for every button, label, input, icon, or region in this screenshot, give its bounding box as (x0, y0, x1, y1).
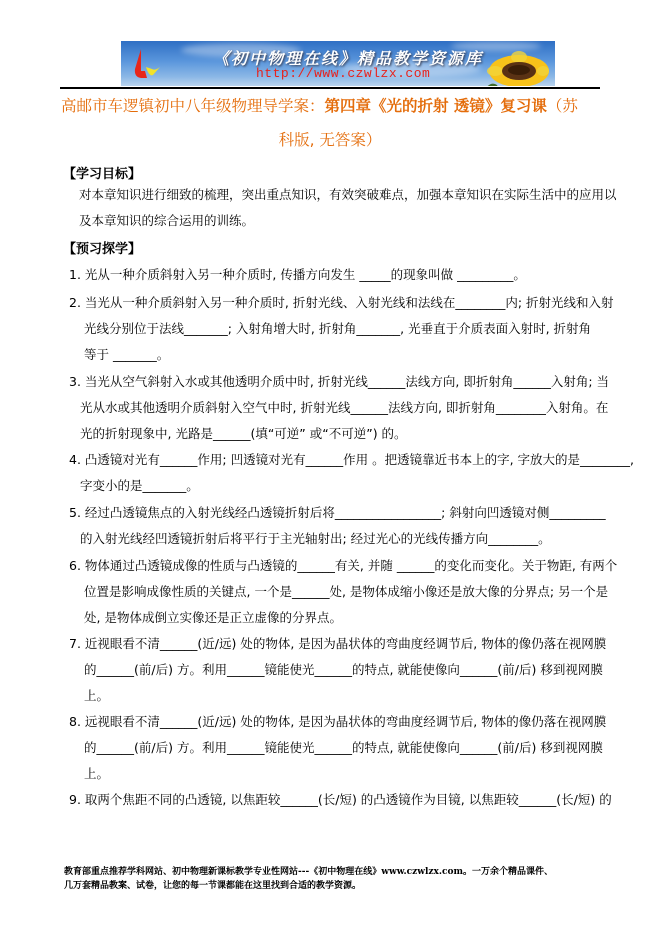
question-text: 当光从空气斜射入水或其他透明介质中时, 折射光线______法线方向, 即折射角… (85, 374, 609, 389)
question-text: 凸透镜对光有______作用; 凹透镜对光有______作用 。把透镜靠近书本上… (85, 452, 634, 467)
question-6-line: 位置是影响成像性质的关键点, 一个是______处, 是物体成缩小像还是放大像的… (84, 579, 608, 605)
question-text: 取两个焦距不同的凸透镜, 以焦距较______(长/短) 的凸透镜作为目镜, 以… (85, 792, 612, 807)
question-text: 物体通过凸透镜成像的性质与凸透镜的______有关, 并随 ______的变化而… (85, 558, 617, 573)
question-7: 7. 近视眼看不清______(近/远) 处的物体, 是因为晶状体的弯曲度经调节… (69, 631, 606, 657)
question-number: 4. (69, 452, 81, 467)
question-9: 9. 取两个焦距不同的凸透镜, 以焦距较______(长/短) 的凸透镜作为目镜… (69, 787, 612, 813)
question-2-line: 光线分别位于法线_______; 入射角增大时, 折射角_______, 光垂直… (84, 316, 591, 342)
question-5: 5. 经过凸透镜焦点的入射光线经凸透镜折射后将_________________… (69, 500, 606, 526)
question-7-line: 的______(前/后) 方。利用______镜能使光______的特点, 就能… (84, 657, 603, 683)
question-2: 2. 当光从一种介质斜射入另一种介质时, 折射光线、入射光线和法线在______… (69, 290, 614, 316)
sunflower-icon (485, 49, 549, 86)
question-3-line: 光从水或其他透明介质斜射入空气中时, 折射光线______法线方向, 即折射角_… (80, 395, 608, 421)
question-2-line: 等于 _______。 (84, 342, 169, 368)
question-number: 1. (69, 267, 81, 282)
site-logo-icon (127, 47, 161, 81)
question-text: 经过凸透镜焦点的入射光线经凸透镜折射后将_________________; 斜… (85, 505, 606, 520)
question-4-line: 字变小的是_______。 (80, 473, 199, 499)
question-5-line: 的入射光线经凹透镜折射后将平行于主光轴射出; 经过光心的光线传播方向______… (80, 526, 551, 552)
question-1: 1. 光从一种介质斜射入另一种介质时, 传播方向发生 _____的现象叫做 __… (69, 262, 526, 288)
question-text: 光从一种介质斜射入另一种介质时, 传播方向发生 _____的现象叫做 _____… (85, 267, 526, 282)
question-8: 8. 远视眼看不清______(近/远) 处的物体, 是因为晶状体的弯曲度经调节… (69, 709, 606, 735)
question-3-line: 光的折射现象中, 光路是______(填“可逆” 或“不可逆”) 的。 (80, 421, 407, 447)
question-6: 6. 物体通过凸透镜成像的性质与凸透镜的______有关, 并随 ______的… (69, 553, 617, 579)
question-8-line: 上。 (84, 761, 109, 787)
question-number: 2. (69, 295, 81, 310)
document-title-line2: 科版, 无答案） (60, 123, 600, 157)
section-heading-objectives: 【学习目标】 (63, 163, 141, 182)
document-title-line1: 高邮市车逻镇初中八年级物理导学案：第四章《光的折射 透镜》复习课（苏 (61, 89, 601, 123)
question-number: 9. (69, 792, 81, 807)
question-text: 远视眼看不清______(近/远) 处的物体, 是因为晶状体的弯曲度经调节后, … (85, 714, 606, 729)
question-6-line: 处, 是物体成倒立实像还是正立虚像的分界点。 (84, 605, 342, 631)
title-prefix: 高邮市车逻镇初中八年级物理导学案： (61, 97, 325, 115)
question-text: 近视眼看不清______(近/远) 处的物体, 是因为晶状体的弯曲度经调节后, … (85, 636, 606, 651)
question-number: 7. (69, 636, 81, 651)
question-number: 6. (69, 558, 81, 573)
footer-line: 教育部重点推荐学科网站、初中物理新课标教学专业性网站---《初中物理在线》www… (64, 865, 553, 879)
title-suffix: （苏 (547, 97, 578, 115)
question-4: 4. 凸透镜对光有______作用; 凹透镜对光有______作用 。把透镜靠近… (69, 447, 634, 473)
banner-url: http://www.czwlzx.com (256, 66, 430, 81)
question-7-line: 上。 (84, 683, 109, 709)
question-number: 5. (69, 505, 81, 520)
question-3: 3. 当光从空气斜射入水或其他透明介质中时, 折射光线______法线方向, 即… (69, 369, 609, 395)
question-number: 3. (69, 374, 81, 389)
question-number: 8. (69, 714, 81, 729)
section-heading-preview: 【预习探学】 (63, 238, 141, 257)
objectives-line: 对本章知识进行细致的梳理，突出重点知识，有效突破难点，加强本章知识在实际生活中的… (79, 182, 617, 208)
question-8-line: 的______(前/后) 方。利用______镜能使光______的特点, 就能… (84, 735, 603, 761)
footer-line: 几万套精品教案、试卷，让您的每一节课都能在这里找到合适的教学资源。 (64, 879, 361, 893)
question-text: 当光从一种介质斜射入另一种介质时, 折射光线、入射光线和法线在________内… (85, 295, 614, 310)
title-chapter: 第四章《光的折射 透镜》复习课 (325, 97, 547, 115)
site-banner: 《初中物理在线》精品教学资源库 http://www.czwlzx.com (121, 41, 555, 86)
objectives-line: 及本章知识的综合运用的训练。 (79, 208, 254, 234)
